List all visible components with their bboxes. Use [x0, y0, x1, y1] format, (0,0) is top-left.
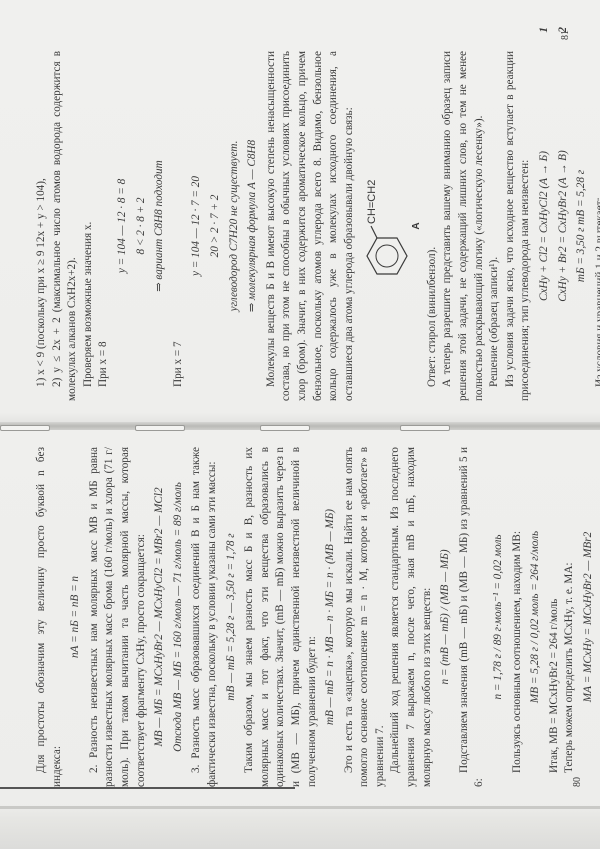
paragraph: Молекулы веществ Б и В имеют высокую сте… [264, 51, 358, 401]
paragraph: Из условия и уравнений 1 и 2 вытекает: [593, 51, 600, 401]
page-number-left: 80 [572, 777, 583, 787]
equation-text: nА = nБ = nВ = n [69, 576, 81, 658]
equation-text: 8 < 2 · 8 + 2 [135, 197, 147, 254]
equation-text: CxHy + Br2 = CxHyBr2 (А → В) [557, 150, 569, 302]
equation-text: mВ — mБ = 5,28 г — 3,50 г = 1,78 г [225, 533, 237, 700]
equation: n = 1,78 г / 89 г·моль⁻¹ = 0,02 моль [491, 447, 507, 787]
equation-text: y = 104 — 12 · 7 = 20 [190, 176, 202, 276]
equation-number: 1 [537, 27, 553, 33]
equation: mВ — mБ = n · MВ — n · MБ = n · (MВ — MБ… [323, 447, 339, 787]
equation-text: y = 104 — 12 · 8 = 8 [116, 179, 128, 273]
equation: y = 104 — 12 · 7 = 20 [189, 51, 205, 401]
paragraph: Это и есть та «зацепка», которую мы иска… [342, 447, 389, 787]
book-spread: Для простоты обозначим эту величину прос… [0, 0, 600, 849]
equation: mБ = 3,50 г mВ = 5,28 г [574, 51, 590, 401]
equation-text: CxHy + Cl2 = CxHyCl2 (А → Б) [538, 151, 550, 301]
paragraph: 2. Разность неизвестных нам молярных мас… [87, 447, 149, 787]
equation-text: n = (mВ — mБ) / (MВ — MБ) [439, 549, 451, 684]
equation: 8 < 2 · 8 + 2 [134, 51, 150, 401]
equation-text: Отсюда MВ — MБ = 160 г/моль — 71 г/моль … [172, 482, 184, 752]
paragraph: Итак, MВ = MCxHyBr2 = 264 г/моль [547, 447, 563, 787]
paragraph: Проверяем возможные значения x. [81, 51, 97, 401]
paragraph: Для простоты обозначим эту величину прос… [34, 447, 65, 787]
paragraph: 2) y ≤ 2x + 2 (максимальное число атомов… [50, 51, 81, 401]
benzene-ring-icon: CH=CH2 [363, 166, 409, 286]
paragraph: 1) x < 9 (поскольку при x ≥ 9 12x + y > … [34, 51, 50, 401]
paragraph: Пользуясь основным соотношением, находим… [510, 447, 526, 787]
equation-text: mБ = 3,50 г mВ = 5,28 г [575, 170, 587, 282]
equation: Отсюда MВ — MБ = 160 г/моль — 71 г/моль … [171, 447, 187, 787]
page-edge [0, 806, 600, 809]
page-number-right: 81 [560, 30, 571, 40]
styrene-structure: CH=CH2А [363, 51, 425, 401]
structure-label: А [409, 51, 425, 401]
equation: CxHy + Cl2 = CxHyCl2 (А → Б)1 [537, 51, 553, 401]
equation-text: ⇒ вариант C8H8 подходит [153, 160, 165, 291]
staple-mark [135, 425, 185, 431]
equation: n = (mВ — mБ) / (MВ — MБ)8 [438, 447, 454, 787]
equation-text: MА = MCxHy = MCxHyBr2 — MBr2 [582, 532, 594, 702]
equation: CxHy + Br2 = CxHyBr2 (А → В)2 [556, 51, 572, 401]
paragraph: А теперь разрешите представить вашему вн… [440, 51, 487, 401]
paragraph: При x = 8 [96, 51, 112, 401]
paragraph: Ответ: стирол (винилбензол). [425, 51, 441, 401]
paragraph: Теперь можем определить MCxHy, т. е. MА: [562, 447, 578, 787]
equation: ⇒ вариант C8H8 подходит [152, 51, 168, 401]
equation-text: n = 1,78 г / 89 г·моль⁻¹ = 0,02 моль [492, 535, 504, 700]
paragraph: Дальнейший ход решения является стандарт… [388, 447, 435, 787]
staple-mark [400, 425, 450, 431]
right-page-text: 1) x < 9 (поскольку при x ≥ 9 12x + y > … [34, 51, 600, 401]
paragraph: Таким образом, мы знаем разность масс Б … [242, 447, 320, 787]
page-80: Для простоты обозначим эту величину прос… [0, 425, 600, 849]
equation-text: 20 > 2 · 7 + 2 [209, 195, 221, 258]
equation: mВ — mБ = 5,28 г — 3,50 г = 1,78 г6 [224, 447, 240, 787]
paragraph: Подставляем значения (mВ — mБ) и (MВ — M… [457, 447, 488, 787]
equation: MВ = 5,28 г / 0,02 моль = 264 г/моль [528, 447, 544, 787]
equation-text: MВ = 5,28 г / 0,02 моль = 264 г/моль [529, 531, 541, 703]
page-edge-line [0, 788, 295, 790]
left-page-text: Для простоты обозначим эту величину прос… [34, 447, 600, 787]
equation: углеводород C7H20 не существует. [227, 51, 243, 401]
paragraph: При x = 7 [171, 51, 187, 401]
equation-text: ⇒ молекулярная формула А — C8H8 [246, 140, 258, 312]
equation: MА = MCxHy = MCxHyBr2 — MBr29 [581, 447, 597, 787]
paragraph: Решение (образец записи¹). [487, 51, 503, 401]
equation: MВ — MБ = MCxHyBr2 — MCxHyCl2 = MBr2 — M… [152, 447, 168, 787]
equation-text: MВ — MБ = MCxHyBr2 — MCxHyCl2 = MBr2 — M… [153, 487, 165, 746]
equation: ⇒ молекулярная формула А — C8H8 [245, 51, 261, 401]
paragraph: Из условия задачи ясно, что исходное вещ… [503, 51, 534, 401]
paragraph: 3. Разность масс образовавшихся соединен… [189, 447, 220, 787]
substituent-label: CH=CH2 [366, 180, 378, 224]
equation-text: mВ — mБ = n · MВ — n · MБ = n · (MВ — MБ… [324, 509, 336, 725]
equation: 20 > 2 · 7 + 2 [208, 51, 224, 401]
staple-mark [260, 425, 310, 431]
equation: y = 104 — 12 · 8 = 8 [115, 51, 131, 401]
staple-mark [0, 425, 50, 431]
equation: nА = nБ = nВ = n3 [68, 447, 84, 787]
page-81: 1) x < 9 (поскольку при x ≥ 9 12x + y > … [0, 0, 600, 425]
equation-text: углеводород C7H20 не существует. [228, 141, 240, 312]
